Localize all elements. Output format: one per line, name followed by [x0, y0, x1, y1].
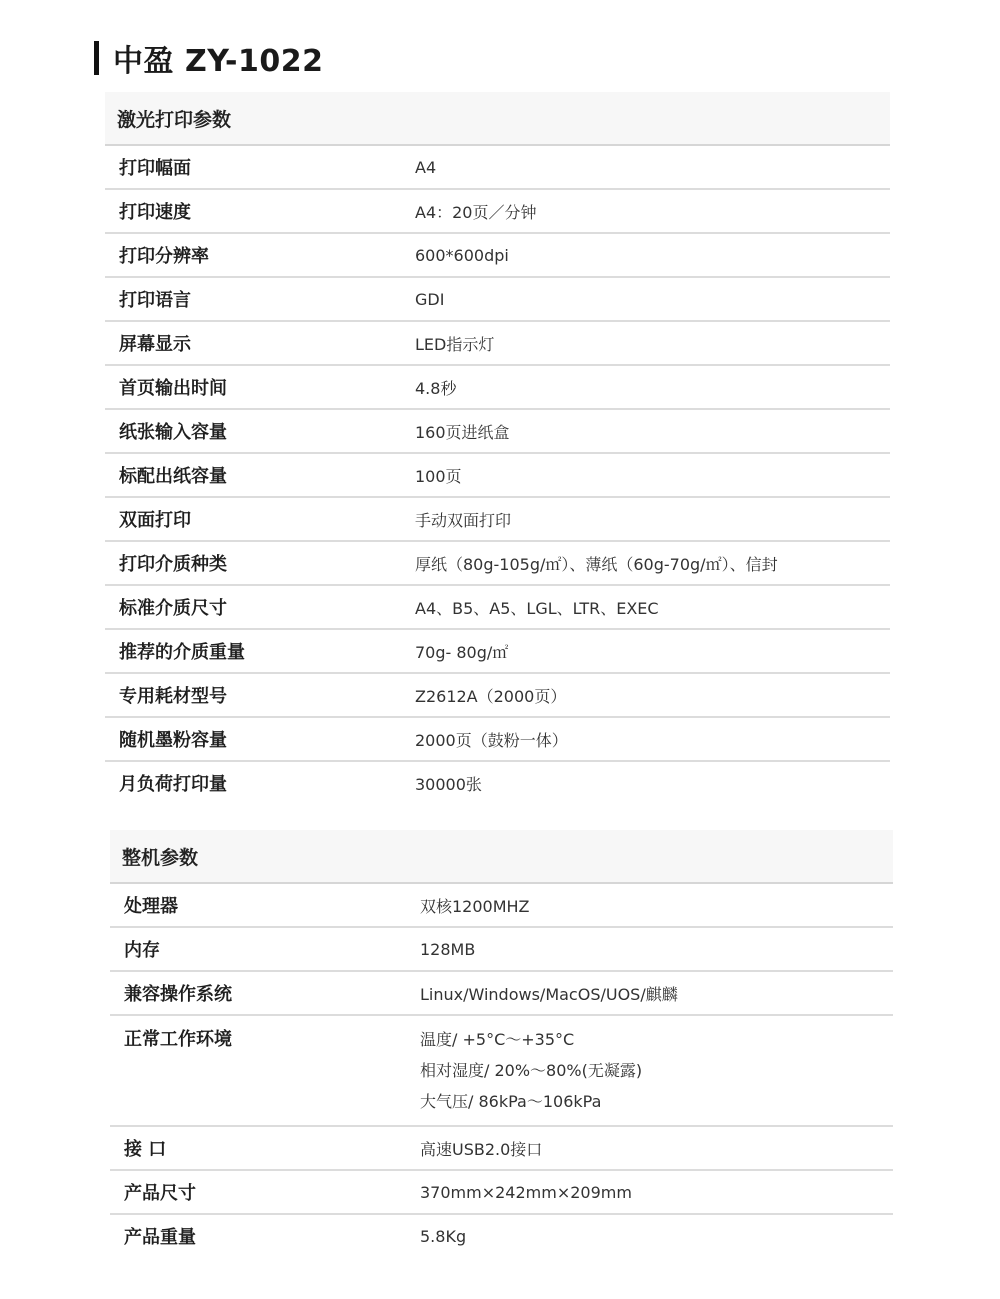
spec-key: 推荐的介质重量	[105, 638, 415, 664]
spec-row: 纸张输入容量160页进纸盒	[105, 410, 890, 454]
spec-key: 打印分辨率	[105, 242, 415, 268]
spec-value: 4.8秒	[415, 376, 890, 399]
spec-value: 温度/ +5°C～+35°C相对湿度/ 20%～80%(无凝露)大气压/ 86k…	[420, 1024, 893, 1117]
spec-value: 高速USB2.0接口	[420, 1137, 893, 1160]
spec-key: 打印幅面	[105, 154, 415, 180]
spec-value: 370mm×242mm×209mm	[420, 1183, 893, 1202]
spec-key: 接 口	[110, 1135, 420, 1161]
spec-key: 兼容操作系统	[110, 980, 420, 1006]
spec-row: 打印分辨率600*600dpi	[105, 234, 890, 278]
spec-row: 随机墨粉容量2000页（鼓粉一体）	[105, 718, 890, 762]
spec-key: 打印语言	[105, 286, 415, 312]
spec-value: 手动双面打印	[415, 508, 890, 531]
laser-print-spec-table: 激光打印参数 打印幅面A4打印速度A4：20页／分钟打印分辨率600*600dp…	[105, 92, 890, 804]
spec-key: 屏幕显示	[105, 330, 415, 356]
page-title: 中盈 ZY-1022	[94, 38, 323, 78]
spec-value: 600*600dpi	[415, 246, 890, 265]
spec-key: 纸张输入容量	[105, 418, 415, 444]
spec-key: 标准介质尺寸	[105, 594, 415, 620]
spec-value: Linux/Windows/MacOS/UOS/麒麟	[420, 982, 893, 1005]
spec-key: 打印速度	[105, 198, 415, 224]
spec-key: 产品尺寸	[110, 1179, 420, 1205]
spec-row: 专用耗材型号Z2612A（2000页）	[105, 674, 890, 718]
spec-row: 产品重量5.8Kg	[110, 1215, 893, 1257]
spec-key: 双面打印	[105, 506, 415, 532]
spec-row: 接 口高速USB2.0接口	[110, 1127, 893, 1171]
spec-value: GDI	[415, 290, 890, 309]
spec-row: 产品尺寸370mm×242mm×209mm	[110, 1171, 893, 1215]
product-title: 中盈 ZY-1022	[113, 36, 323, 80]
spec-value: A4：20页／分钟	[415, 200, 890, 223]
spec-value: A4、B5、A5、LGL、LTR、EXEC	[415, 596, 890, 619]
spec-key: 处理器	[110, 892, 420, 918]
spec-row: 标准介质尺寸A4、B5、A5、LGL、LTR、EXEC	[105, 586, 890, 630]
spec-value: 160页进纸盒	[415, 420, 890, 443]
machine-spec-table: 整机参数 处理器双核1200MHZ内存128MB兼容操作系统Linux/Wind…	[110, 830, 893, 1257]
spec-key: 随机墨粉容量	[105, 726, 415, 752]
spec-row: 首页输出时间4.8秒	[105, 366, 890, 410]
spec-value: 30000张	[415, 772, 890, 795]
spec-row: 月负荷打印量30000张	[105, 762, 890, 804]
spec-row: 标配出纸容量100页	[105, 454, 890, 498]
spec-value: 5.8Kg	[420, 1227, 893, 1246]
spec-value: A4	[415, 158, 890, 177]
spec-key: 内存	[110, 936, 420, 962]
spec-key: 正常工作环境	[110, 1024, 420, 1055]
spec-value: 100页	[415, 464, 890, 487]
spec-value: 厚纸（80g-105g/㎡）、薄纸（60g-70g/㎡）、信封	[415, 552, 890, 575]
spec-value: 2000页（鼓粉一体）	[415, 728, 890, 751]
spec-row: 兼容操作系统Linux/Windows/MacOS/UOS/麒麟	[110, 972, 893, 1016]
spec-row: 正常工作环境温度/ +5°C～+35°C相对湿度/ 20%～80%(无凝露)大气…	[110, 1016, 893, 1127]
spec-row: 打印介质种类厚纸（80g-105g/㎡）、薄纸（60g-70g/㎡）、信封	[105, 542, 890, 586]
spec-row: 打印语言GDI	[105, 278, 890, 322]
spec-row: 推荐的介质重量70g- 80g/㎡	[105, 630, 890, 674]
spec-row: 屏幕显示LED指示灯	[105, 322, 890, 366]
spec-row: 打印幅面A4	[105, 146, 890, 190]
spec-value: Z2612A（2000页）	[415, 684, 890, 707]
spec-row: 双面打印手动双面打印	[105, 498, 890, 542]
spec-value-line: 温度/ +5°C～+35°C	[420, 1024, 893, 1055]
spec-key: 产品重量	[110, 1223, 420, 1249]
spec-value: 128MB	[420, 940, 893, 959]
spec-value: 70g- 80g/㎡	[415, 640, 890, 663]
spec-key: 打印介质种类	[105, 550, 415, 576]
spec-row: 打印速度A4：20页／分钟	[105, 190, 890, 234]
title-accent-bar	[94, 41, 99, 75]
spec-key: 标配出纸容量	[105, 462, 415, 488]
section-header: 整机参数	[110, 830, 893, 884]
spec-row: 内存128MB	[110, 928, 893, 972]
spec-key: 专用耗材型号	[105, 682, 415, 708]
spec-row: 处理器双核1200MHZ	[110, 884, 893, 928]
section-header: 激光打印参数	[105, 92, 890, 146]
spec-value-line: 相对湿度/ 20%～80%(无凝露)	[420, 1055, 893, 1086]
spec-value-line: 大气压/ 86kPa～106kPa	[420, 1086, 893, 1117]
spec-value: 双核1200MHZ	[420, 894, 893, 917]
spec-key: 月负荷打印量	[105, 770, 415, 796]
spec-value: LED指示灯	[415, 332, 890, 355]
spec-key: 首页输出时间	[105, 374, 415, 400]
